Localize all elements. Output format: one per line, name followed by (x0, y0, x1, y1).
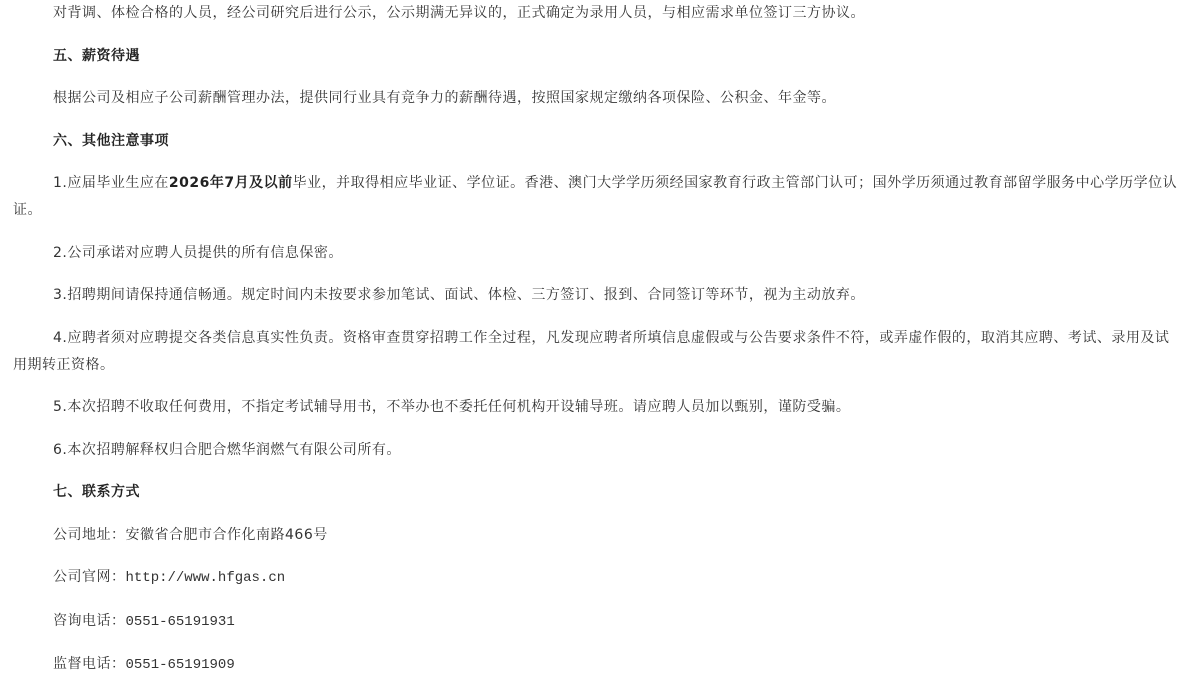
paragraph-salary: 根据公司及相应子公司薪酬管理办法，提供同行业具有竞争力的薪酬待遇，按照国家规定缴… (13, 85, 1178, 112)
website-link[interactable]: http://www.hfgas.cn (126, 570, 286, 586)
note-item-4: 4.应聘者须对应聘提交各类信息真实性负责。资格审查贯穿招聘工作全过程，凡发现应聘… (13, 325, 1178, 379)
note-text: 1.应届毕业生应在 (53, 175, 169, 191)
paragraph-text: 对背调、体检合格的人员，经公司研究后进行公示，公示期满无异议的，正式确定为录用人… (53, 5, 865, 21)
address-label: 公司地址： (53, 527, 126, 543)
contact-consult-phone: 咨询电话：0551-65191931 (13, 608, 1178, 636)
section-heading-notes: 六、其他注意事项 (13, 128, 1178, 155)
graduation-deadline: 2026年7月及以前 (169, 175, 293, 191)
consult-phone-label: 咨询电话： (53, 613, 126, 629)
contact-supervise-phone: 监督电话：0551-65191909 (13, 651, 1178, 679)
contact-address: 公司地址：安徽省合肥市合作化南路466号 (13, 522, 1178, 549)
note-item-2: 2.公司承诺对应聘人员提供的所有信息保密。 (13, 240, 1178, 267)
supervise-phone-label: 监督电话： (53, 656, 126, 672)
contact-website: 公司官网：http://www.hfgas.cn (13, 564, 1178, 592)
note-item-6: 6.本次招聘解释权归合肥合燃华润燃气有限公司所有。 (13, 437, 1178, 464)
note-item-5: 5.本次招聘不收取任何费用，不指定考试辅导用书，不举办也不委托任何机构开设辅导班… (13, 394, 1178, 421)
note-item-1: 1.应届毕业生应在2026年7月及以前毕业，并取得相应毕业证、学位证。香港、澳门… (13, 170, 1178, 224)
address-value: 安徽省合肥市合作化南路466号 (126, 527, 328, 543)
section-heading-contact: 七、联系方式 (13, 479, 1178, 506)
note-item-3: 3.招聘期间请保持通信畅通。规定时间内未按要求参加笔试、面试、体检、三方签订、报… (13, 282, 1178, 309)
website-label: 公司官网： (53, 569, 126, 585)
section-heading-salary: 五、薪资待遇 (13, 43, 1178, 70)
paragraph-publicity: 对背调、体检合格的人员，经公司研究后进行公示，公示期满无异议的，正式确定为录用人… (13, 0, 1178, 27)
article-body: 对背调、体检合格的人员，经公司研究后进行公示，公示期满无异议的，正式确定为录用人… (13, 0, 1178, 679)
consult-phone-value: 0551-65191931 (126, 614, 235, 630)
supervise-phone-value: 0551-65191909 (126, 657, 235, 673)
